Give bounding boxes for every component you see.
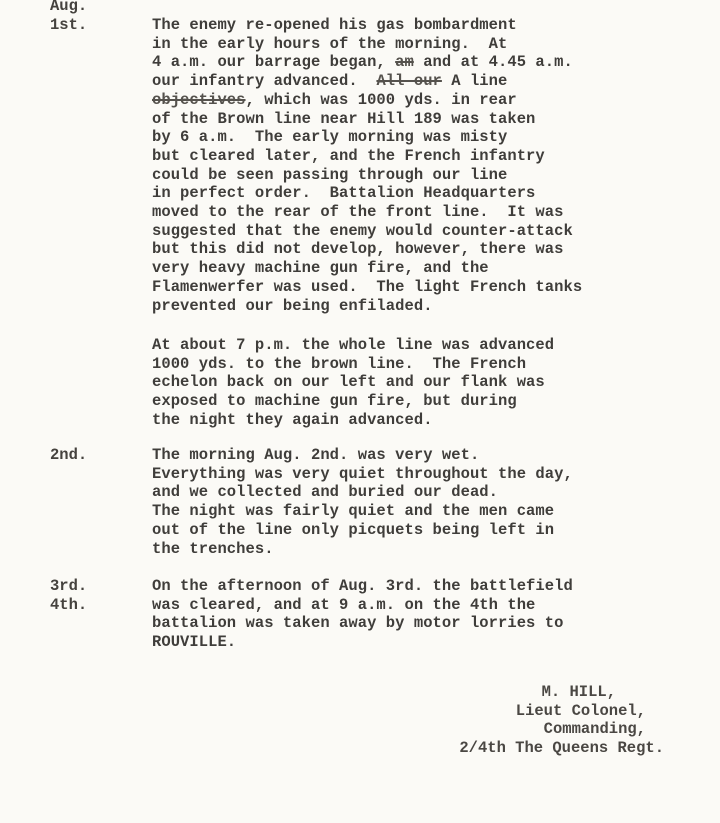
text-line: Flamenwerfer was used. The light French … (152, 278, 582, 297)
signature-role: Commanding, (459, 720, 646, 739)
text-line: but cleared later, and the French infant… (152, 147, 582, 166)
text-line: exposed to machine gun fire, but during (152, 392, 554, 411)
entry-1st-paragraph-2: At about 7 p.m. the whole line was advan… (152, 336, 554, 430)
text-line: of the Brown line near Hill 189 was take… (152, 110, 582, 129)
date-label-2nd: 2nd. (50, 446, 87, 465)
text-segment: our infantry advanced. (152, 72, 376, 90)
text-line: could be seen passing through our line (152, 166, 582, 185)
signature-unit: 2/4th The Queens Regt. (459, 739, 664, 758)
struck-text: am (395, 53, 414, 71)
text-line: ROUVILLE. (152, 633, 573, 652)
text-line: the trenches. (152, 540, 573, 559)
month-label: Aug. (50, 0, 87, 16)
text-line: in perfect order. Battalion Headquarters (152, 184, 582, 203)
text-segment: , which was 1000 yds. in rear (246, 91, 517, 109)
entry-2nd: The morning Aug. 2nd. was very wet. Ever… (152, 446, 573, 558)
text-line: prevented our being enfiladed. (152, 297, 582, 316)
text-line: battalion was taken away by motor lorrie… (152, 614, 573, 633)
text-line: On the afternoon of Aug. 3rd. the battle… (152, 577, 573, 596)
text-segment: A line (442, 72, 507, 90)
text-line: but this did not develop, however, there… (152, 240, 582, 259)
entry-3rd-4th: On the afternoon of Aug. 3rd. the battle… (152, 577, 573, 652)
text-line: At about 7 p.m. the whole line was advan… (152, 336, 554, 355)
signature-block: M. HILL, Lieut Colonel, Commanding, 2/4t… (459, 683, 664, 758)
text-line: echelon back on our left and our flank w… (152, 373, 554, 392)
text-line: objectives, which was 1000 yds. in rear (152, 91, 582, 110)
text-line: and we collected and buried our dead. (152, 483, 573, 502)
signature-rank: Lieut Colonel, (459, 702, 646, 721)
text-line: suggested that the enemy would counter-a… (152, 222, 582, 241)
text-line: our infantry advanced. All our A line (152, 72, 582, 91)
text-line: Everything was very quiet throughout the… (152, 465, 573, 484)
date-label-1st: 1st. (50, 16, 87, 35)
signature-name: M. HILL, (459, 683, 616, 702)
date-label-4th: 4th. (50, 596, 87, 615)
text-segment: 4 a.m. our barrage began, (152, 53, 395, 71)
text-line: the night they again advanced. (152, 411, 554, 430)
text-line: 1000 yds. to the brown line. The French (152, 355, 554, 374)
text-line: The morning Aug. 2nd. was very wet. (152, 446, 573, 465)
text-line: by 6 a.m. The early morning was misty (152, 128, 582, 147)
text-line: out of the line only picquets being left… (152, 521, 573, 540)
text-line: The enemy re-opened his gas bombardment (152, 16, 582, 35)
struck-text: All our (376, 72, 441, 90)
text-line: 4 a.m. our barrage began, am and at 4.45… (152, 53, 582, 72)
text-line: was cleared, and at 9 a.m. on the 4th th… (152, 596, 573, 615)
typed-war-diary-page: Aug. 1st. The enemy re-opened his gas bo… (0, 0, 720, 823)
text-line: The night was fairly quiet and the men c… (152, 502, 573, 521)
date-label-3rd: 3rd. (50, 577, 87, 596)
struck-text: objectives (152, 91, 246, 109)
entry-1st-paragraph-1: The enemy re-opened his gas bombardment … (152, 16, 582, 315)
text-line: moved to the rear of the front line. It … (152, 203, 582, 222)
text-line: in the early hours of the morning. At (152, 35, 582, 54)
text-line: very heavy machine gun fire, and the (152, 259, 582, 278)
text-segment: and at 4.45 a.m. (414, 53, 573, 71)
